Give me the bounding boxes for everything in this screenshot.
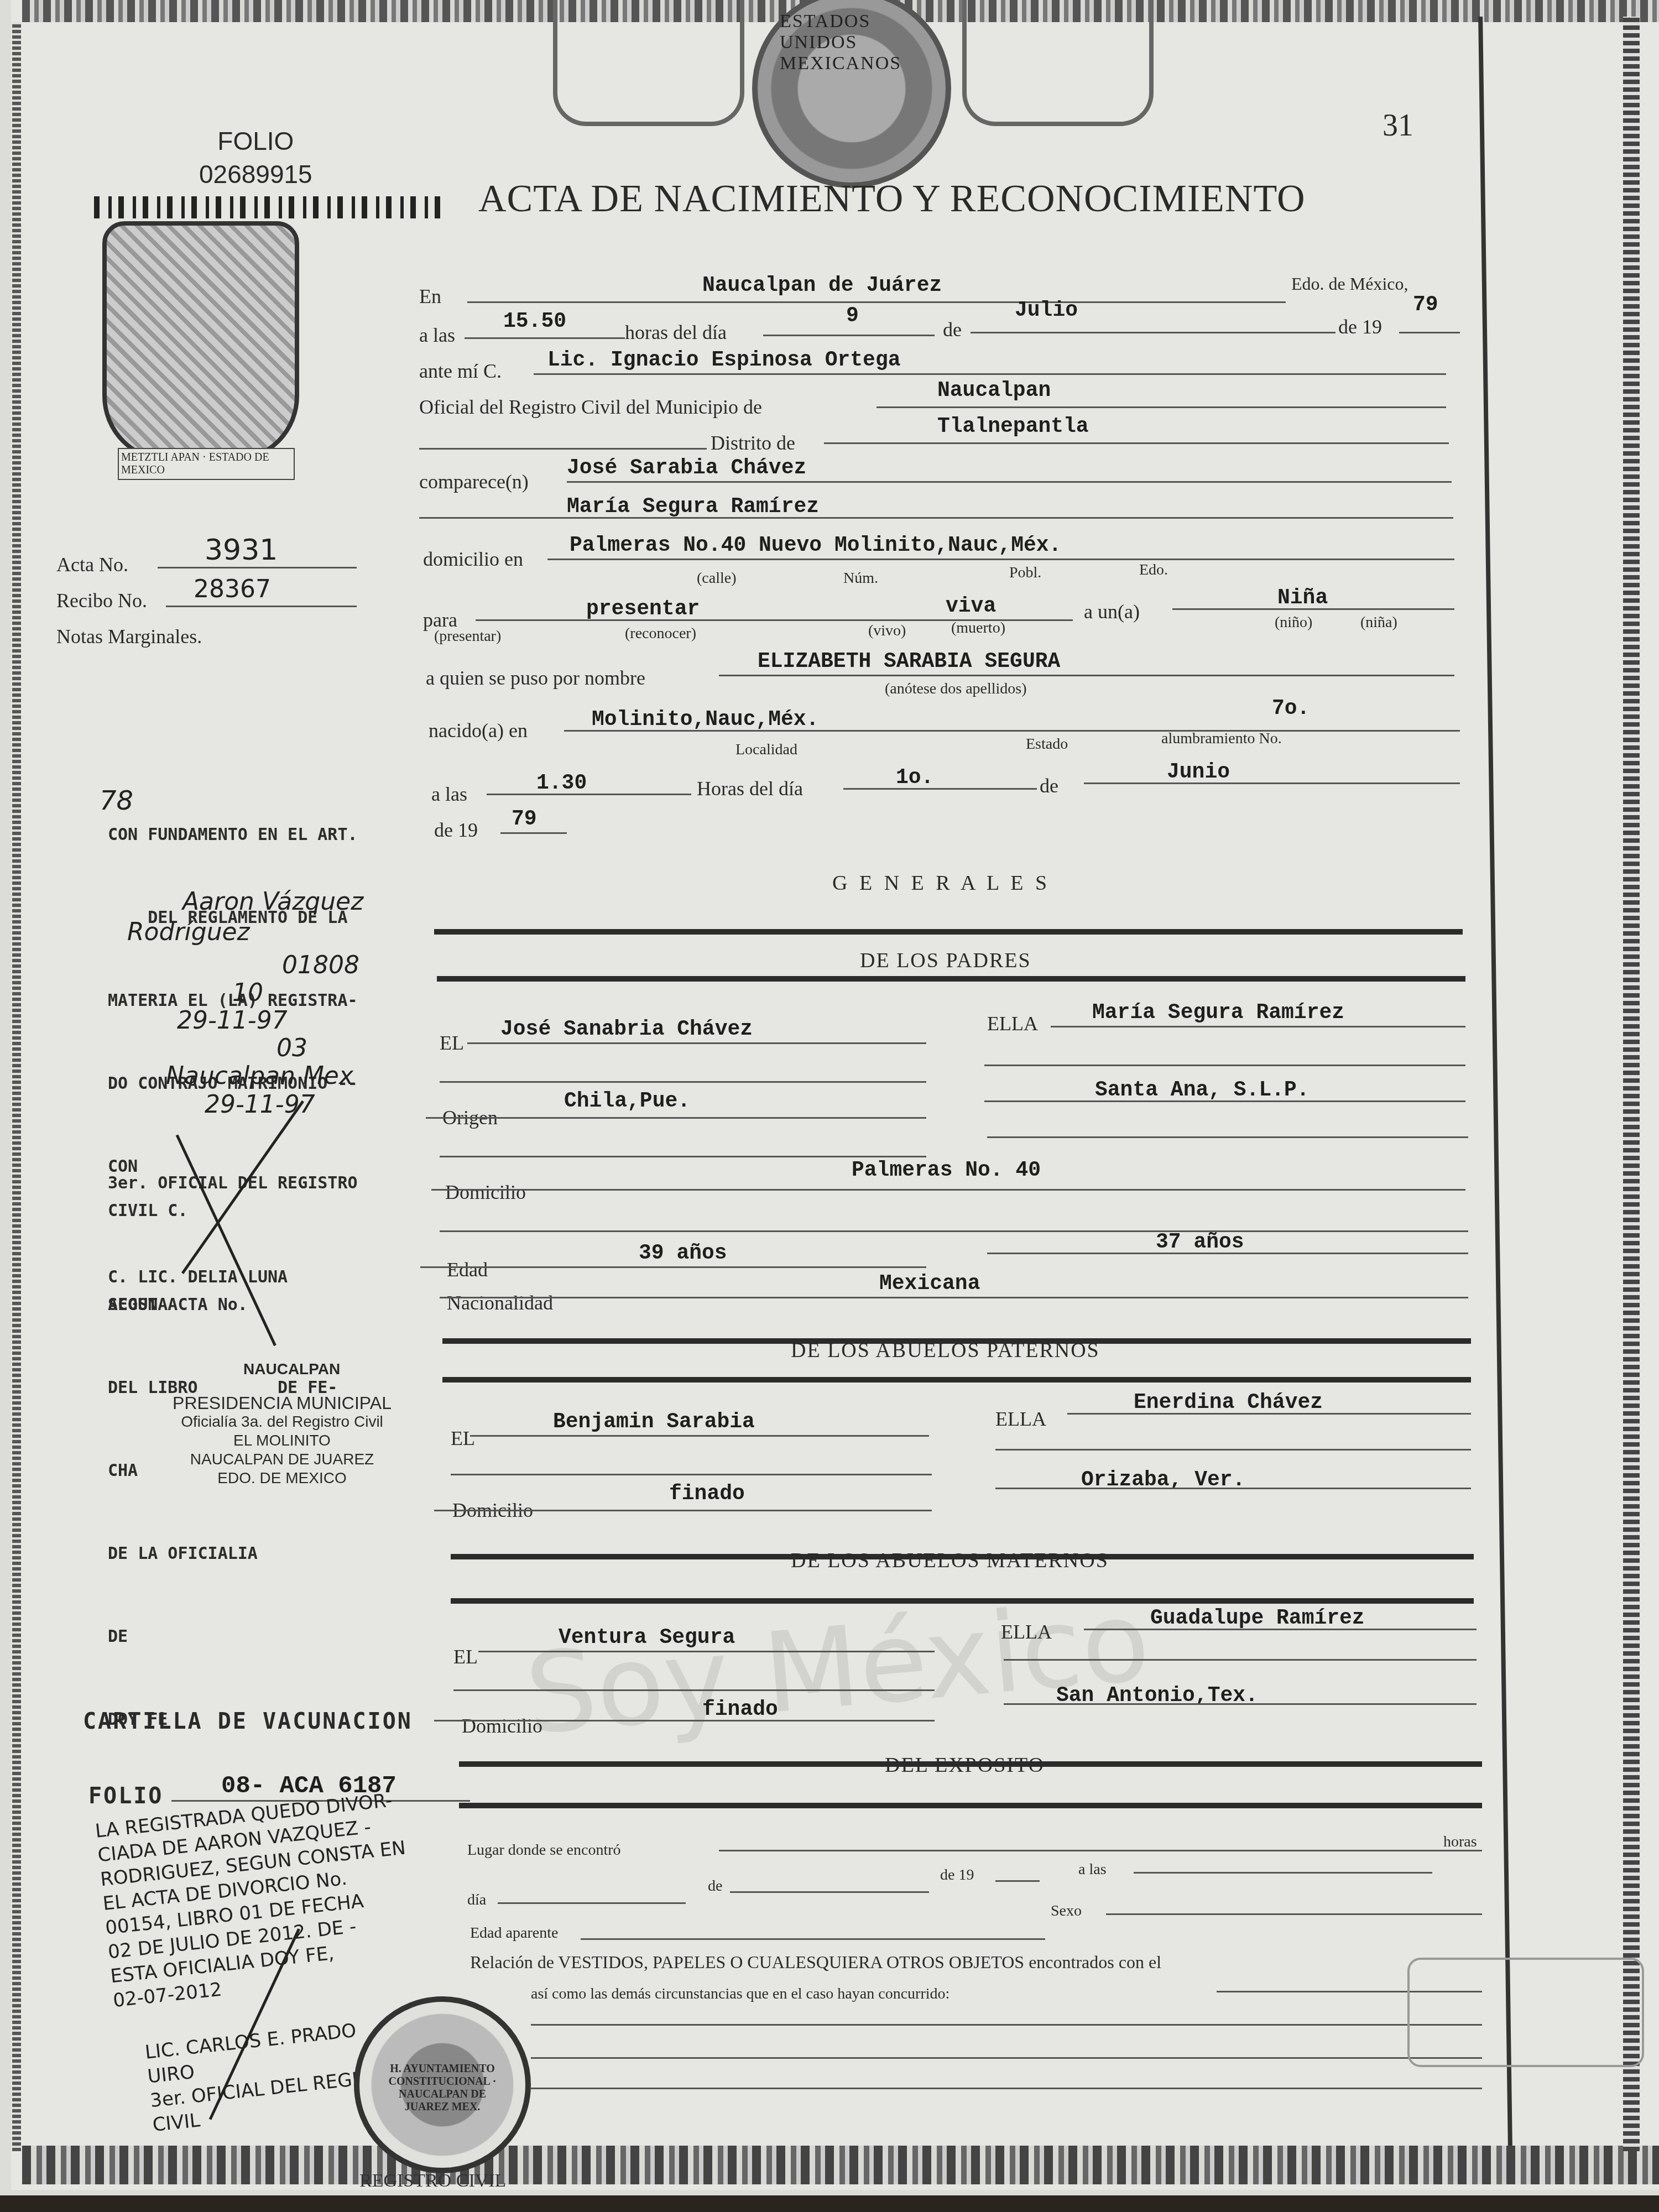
hint-num: Núm. [843, 570, 878, 587]
marriage-lugar: Naucalpan Mex [166, 1062, 353, 1090]
section-divider [434, 929, 1463, 935]
table-shadow [0, 2195, 1659, 2212]
seal-text: H. AYUNTAMIENTO CONSTITUCIONAL · NAUCALP… [382, 2063, 503, 2114]
field-line [1106, 1913, 1482, 1915]
field-line [547, 559, 1454, 560]
hint-pobl: Pobl. [1009, 564, 1041, 582]
field-line [1084, 782, 1460, 784]
abuelo-materno-domicilio: finado [702, 1698, 778, 1721]
field-line [419, 448, 707, 450]
acta-no-value: 3931 [205, 534, 278, 567]
madre-origen: Santa Ana, S.L.P. [1095, 1078, 1310, 1102]
a-un-label: a un(a) [1084, 600, 1140, 623]
folio-number: 02689915 [199, 158, 312, 191]
field-line [478, 1651, 935, 1652]
horas-del-dia-label: horas del día [625, 321, 727, 344]
field-line [434, 1510, 932, 1511]
field-line [500, 832, 567, 834]
madre-edad: 37 años [1156, 1230, 1244, 1254]
recibo-no-label: Recibo No. [56, 589, 147, 612]
cartilla-folio-label: FOLIO [88, 1783, 163, 1809]
a-las-label: a las [419, 324, 455, 347]
field-line [487, 794, 691, 795]
dia-registro: 9 [846, 304, 859, 328]
marriage-libro: 10 [232, 979, 263, 1007]
hint-muerto: (muerto) [951, 619, 1005, 637]
dia-nacimiento: 1o. [896, 766, 933, 790]
el-label: EL [451, 1427, 475, 1450]
sexo-value: Niña [1277, 586, 1328, 610]
field-line [730, 1891, 929, 1893]
stamp-line: NAUCALPAN DE JUAREZ [166, 1450, 398, 1469]
nombre-hint: (anótese dos apellidos) [885, 680, 1027, 698]
field-line [877, 406, 1446, 408]
nac-horas-label: Horas del día [697, 777, 803, 800]
spouse-name-line2: Rodríguez [127, 918, 250, 946]
municipio: Naucalpan [937, 379, 1051, 403]
nac-de-label: de [1040, 774, 1058, 797]
de-label: de [943, 318, 962, 341]
compareciente-2: María Segura Ramírez [567, 495, 819, 519]
ella-label: ELLA [1001, 1620, 1052, 1644]
relacion-objetos-text: Relación de VESTIDOS, PAPELES O CUALESQU… [470, 1952, 1161, 1973]
section-abuelos-maternos: DE LOS ABUELOS MATERNOS [791, 1548, 1109, 1573]
folio-block: FOLIO 02689915 [199, 124, 312, 191]
field-line [420, 1266, 926, 1268]
hint-estado: Estado [1026, 735, 1068, 753]
field-line [453, 1689, 935, 1691]
section-divider [437, 976, 1465, 982]
footer-registro-civil: REGISTRO CIVIL [359, 2171, 506, 2192]
domicilio-padres-label: Domicilio [445, 1181, 526, 1204]
hint-nino: (niño) [1275, 614, 1312, 632]
hora-registro: 15.50 [503, 310, 566, 333]
field-line [843, 788, 1037, 790]
field-line [567, 481, 1452, 483]
nacido-label: nacido(a) en [429, 719, 528, 742]
barcode-icon [94, 196, 448, 218]
field-line [995, 1880, 1040, 1882]
field-line [440, 1230, 1468, 1232]
padres-domicilio: Palmeras No. 40 [852, 1159, 1041, 1182]
field-line [984, 1065, 1465, 1066]
field-line [564, 730, 1460, 732]
note-line: CON FUNDAMENTO EN EL ART. [108, 821, 358, 849]
divorce-note-text: LA REGISTRADA QUEDO DIVOR- CIADA DE AARO… [94, 1787, 420, 2013]
field-line [984, 1100, 1465, 1102]
field-line [1134, 1872, 1432, 1874]
hint-nina: (niña) [1360, 614, 1397, 632]
stamp-city: NAUCALPAN [243, 1360, 340, 1378]
officer-title: 3er. OFICIAL DEL REGISTRO CIVIL C. [108, 1170, 358, 1225]
compareciente-1: José Sarabia Chávez [567, 456, 806, 480]
field-line [467, 1042, 926, 1044]
distrito-label: Distrito de [711, 431, 795, 455]
field-line [763, 335, 935, 336]
field-line [1399, 332, 1460, 333]
section-divider [451, 1598, 1474, 1604]
section-exposito: DEL EXPOSITO [885, 1753, 1045, 1777]
lugar-encontro-label: Lugar donde se encontró [467, 1841, 621, 1859]
lugar-nacimiento: Molinito,Nauc,Méx. [592, 708, 818, 732]
anio-registro: 79 [1413, 293, 1438, 317]
hint-calle: (calle) [697, 570, 737, 587]
marriage-acta-number: 01808 [282, 951, 359, 979]
section-abuelos-paternos: DE LOS ABUELOS PATERNOS [791, 1338, 1100, 1363]
field-line [440, 1081, 926, 1083]
field-line [719, 1850, 1482, 1851]
stamp-box [1407, 1958, 1644, 2067]
cartilla-vacunacion-label: CARTILLA DE VACUNACION [83, 1709, 413, 1734]
comparece-label: comparece(n) [419, 470, 529, 493]
vivo-value: viva [946, 594, 996, 618]
field-line [824, 442, 1449, 444]
domicilio: Palmeras No.40 Nuevo Molinito,Nauc,Méx. [570, 534, 1061, 557]
field-line [467, 301, 1286, 303]
field-line [419, 517, 1453, 519]
field-line [426, 1117, 926, 1119]
oficial-nombre: Lic. Ignacio Espinosa Ortega [547, 348, 901, 372]
nombre-registrado: ELIZABETH SARABIA SEGURA [758, 650, 1060, 674]
domicilio-abuelos-label: Domicilio [462, 1714, 542, 1738]
acta-no-label: Acta No. [56, 553, 128, 576]
anio-nacimiento: 79 [512, 807, 537, 831]
page-number: 31 [1383, 108, 1413, 143]
field-line [531, 2024, 1482, 2026]
field-line [534, 373, 1446, 375]
ornamental-border-left [12, 22, 21, 2151]
field-line [1004, 1659, 1477, 1661]
abuelo-paterno: Benjamin Sarabia [553, 1410, 755, 1434]
field-line [987, 1253, 1468, 1254]
field-line [995, 1449, 1471, 1451]
field-line [1084, 1629, 1477, 1630]
section-divider [459, 1803, 1482, 1808]
hora-nacimiento: 1.30 [536, 771, 587, 795]
mes-nacimiento: Junio [1167, 760, 1230, 784]
national-seal-text: ESTADOS UNIDOS MEXICANOS [780, 11, 946, 74]
note-line: DE [108, 1623, 358, 1651]
municipal-stamp: PRESIDENCIA MUNICIPAL Oficialía 3a. del … [166, 1394, 398, 1488]
section-padres: DE LOS PADRES [860, 948, 1031, 973]
field-line [987, 1136, 1468, 1138]
sexo-label: Sexo [1051, 1902, 1082, 1920]
nacionalidad-label: Nacionalidad [447, 1291, 553, 1314]
hint-alumbramiento: alumbramiento No. [1161, 730, 1282, 748]
padre-nombre: José Sanabria Chávez [500, 1018, 753, 1041]
ornamental-border-right [1623, 17, 1640, 2151]
field-line [581, 1938, 1045, 1940]
abuela-materna: Guadalupe Ramírez [1150, 1606, 1365, 1630]
field-line [451, 1474, 932, 1475]
de19-label: de 19 [940, 1866, 974, 1884]
field-line [971, 332, 1335, 333]
domicilio-label: domicilio en [423, 547, 523, 571]
hint-vivo: (vivo) [868, 622, 906, 640]
field-line [434, 1720, 935, 1721]
nombre-label: a quien se puso por nombre [426, 666, 645, 690]
estado-suffix: Edo. de México, [1291, 274, 1408, 294]
spouse-name-line1: Aaron Vázquez [182, 888, 363, 916]
field-line [1067, 1413, 1471, 1415]
en-label: En [419, 285, 441, 308]
field-line [531, 2057, 1482, 2059]
field-line [531, 2088, 1482, 2089]
ornamental-border-bottom [22, 2146, 1659, 2184]
stamp-line: Oficialía 3a. del Registro Civil [166, 1412, 398, 1431]
folio-label: FOLIO [199, 124, 312, 158]
padre-origen: Chila,Pue. [564, 1089, 690, 1113]
field-line [1172, 608, 1454, 610]
de-19-label: de 19 [1338, 315, 1382, 338]
distrito: Tlalnepantla [937, 415, 1089, 439]
aztec-ornament-left [553, 0, 744, 126]
alumbramiento-numero: 7o. [1272, 697, 1310, 721]
ella-label: ELLA [987, 1012, 1038, 1035]
madre-nombre: María Segura Ramírez [1092, 1001, 1344, 1025]
aztec-ornament-right [962, 0, 1154, 126]
state-crest-icon: METZTLI APAN · ESTADO DE MEXICO [102, 221, 299, 462]
note-line: DE LA OFICIALIA [108, 1540, 358, 1568]
field-line [431, 1189, 1465, 1191]
stamp-line: EL MOLINITO [166, 1431, 398, 1450]
edad-label: Edad [447, 1258, 488, 1281]
article-number: 78 [100, 785, 133, 816]
a-las-label: a las [1078, 1861, 1107, 1879]
el-label: EL [440, 1031, 464, 1055]
recibo-no-line [166, 606, 357, 607]
oficial-registro-label: Oficial del Registro Civil del Municipio… [419, 395, 762, 419]
padre-edad: 39 años [639, 1241, 727, 1265]
marriage-oficialia: 03 [276, 1034, 307, 1062]
para-value: presentar [586, 597, 700, 621]
notas-marginales-label: Notas Marginales. [56, 625, 202, 648]
stamp-line: PRESIDENCIA MUNICIPAL [166, 1394, 398, 1412]
nac-a-las-label: a las [431, 782, 467, 806]
horas-label: horas [1443, 1833, 1477, 1851]
mes-registro: Julio [1015, 299, 1078, 322]
ayuntamiento-seal-icon: H. AYUNTAMIENTO CONSTITUCIONAL · NAUCALP… [354, 1996, 531, 2173]
field-line [465, 337, 625, 339]
field-line [440, 1156, 926, 1157]
document-title: ACTA DE NACIMIENTO Y RECONOCIMIENTO [478, 177, 1305, 221]
abuelo-materno: Ventura Segura [559, 1626, 735, 1650]
de-label: de [708, 1877, 722, 1895]
lugar-registro: Naucalpan de Juárez [702, 274, 942, 298]
marriage-fecha: 29-11-97 [177, 1006, 288, 1035]
recibo-no-value: 28367 [194, 575, 271, 603]
acta-no-line [158, 567, 357, 568]
stamp-line: EDO. DE MEXICO [166, 1469, 398, 1488]
abuela-paterna: Enerdina Chávez [1134, 1391, 1323, 1415]
section-divider [442, 1377, 1471, 1383]
officer-name: C. LIC. DELIA LUNA ACOSTA [108, 1264, 288, 1319]
hint-presentar: (presentar) [434, 628, 501, 645]
field-line [1004, 1703, 1477, 1705]
el-label: EL [453, 1645, 478, 1668]
dia-label: día [467, 1891, 486, 1909]
section-generales: G E N E R A L E S [832, 871, 1050, 895]
hint-localidad: Localidad [735, 741, 797, 759]
crest-motto: METZTLI APAN · ESTADO DE MEXICO [118, 448, 295, 480]
field-line [470, 1435, 929, 1437]
field-line [1051, 1026, 1465, 1027]
field-line [498, 1902, 686, 1904]
field-line [995, 1488, 1471, 1489]
field-line [440, 1297, 1468, 1298]
edad-aparente-label: Edad aparente [470, 1924, 558, 1942]
ante-mi-label: ante mí C. [419, 359, 502, 383]
ella-label: ELLA [995, 1407, 1046, 1431]
nacionalidad: Mexicana [879, 1272, 980, 1296]
hint-edo: Edo. [1139, 561, 1168, 579]
abuelo-paterno-domicilio: finado [669, 1482, 745, 1506]
hint-reconocer: (reconocer) [625, 625, 696, 643]
circunstancias-text: así como las demás circunstancias que en… [531, 1985, 950, 2003]
nac-de19-label: de 19 [434, 818, 478, 842]
field-line [719, 675, 1454, 676]
